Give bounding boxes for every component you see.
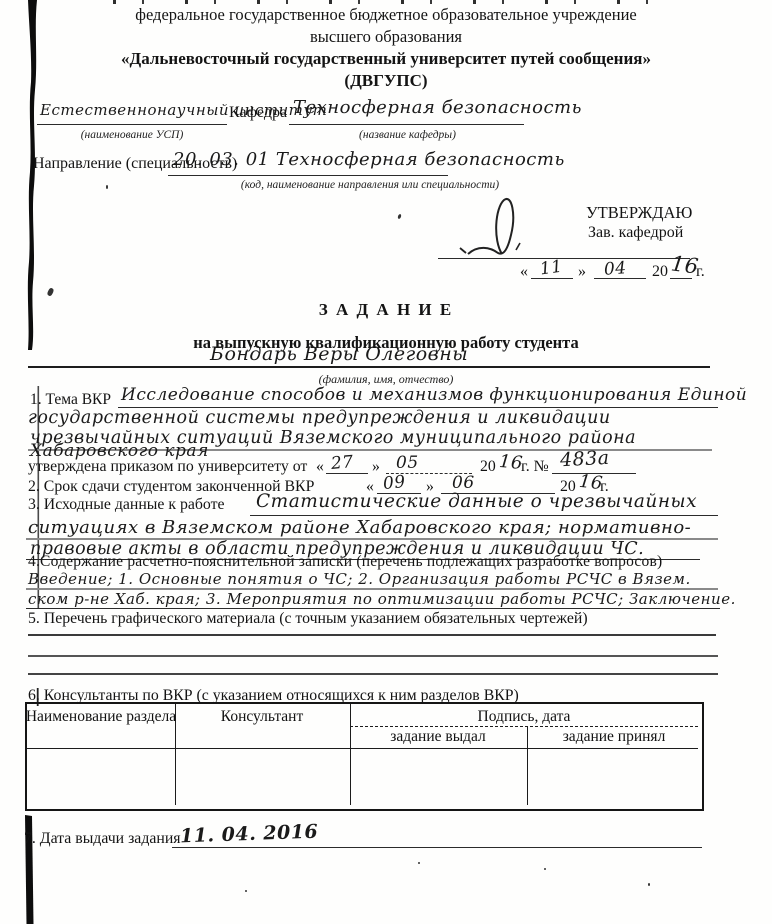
student-name-line: [28, 366, 710, 368]
s4-label: 4.Содержание расчетно-пояснительной запи…: [28, 553, 662, 571]
s1-line2: государственной системы предупреждения и…: [28, 408, 611, 428]
s1-day: 27: [330, 452, 354, 474]
dust-speck: [418, 862, 420, 864]
approve-label: УТВЕРЖДАЮ: [586, 203, 692, 223]
university-abbr: (ДВГУПС): [0, 71, 772, 91]
table-subheader-accepted: задание принял: [563, 728, 666, 746]
institute-underline: [37, 124, 227, 125]
scanned-assignment-form: федеральное государственное бюджетное об…: [0, 0, 772, 924]
s4-line2: ском р-не Хаб. края; 3. Мероприятия по о…: [28, 590, 736, 608]
table-col2-divider: [350, 704, 351, 805]
table-header-consultant: Консультант: [221, 708, 303, 726]
approval-sign-line: [438, 258, 690, 259]
table-subheader-line: [350, 726, 698, 727]
ink-speck: [47, 287, 55, 296]
department-value: Техносферная безопасность: [293, 97, 582, 118]
s3-line2: ситуациях в Вяземском районе Хабаровског…: [28, 517, 691, 538]
department-underline: [289, 124, 524, 125]
approval-quote-open: «: [520, 263, 528, 281]
s3-line1: Статистические данные о чрезвычайных: [256, 491, 697, 512]
specialty-underline: [168, 175, 448, 176]
dust-speck: [397, 214, 402, 220]
approval-quote-close: »: [578, 263, 586, 281]
approval-day: 11: [539, 257, 564, 280]
org-line2: высшего образования: [0, 27, 772, 47]
approval-month: 04: [603, 258, 627, 280]
s7-underline: [172, 847, 702, 848]
table-header-section: Наименование раздела: [26, 708, 176, 726]
s1-approved-prefix: утверждена приказом по университету от: [28, 458, 307, 476]
s5-blank-line3: [28, 673, 718, 675]
s7-date-value: 11. 04. 2016: [180, 821, 319, 848]
specialty-value: 20. 03. 01 Техносферная безопасность: [173, 149, 565, 170]
s3-label: 3. Исходные данные к работе: [28, 496, 225, 514]
table-header-bottom-line: [27, 748, 698, 749]
department-label: Кафедра: [229, 104, 287, 122]
s1-line1: Исследование способов и механизмов функц…: [121, 385, 747, 405]
dust-speck: [544, 868, 546, 870]
dust-speck: [245, 890, 247, 892]
s5-blank-line2: [28, 655, 718, 657]
s1-month: 05: [396, 453, 419, 473]
department-caption: (название кафедры): [320, 129, 495, 141]
university-name: «Дальневосточный государственный универс…: [0, 49, 772, 69]
s7-label: 7. Дата выдачи задания: [24, 830, 181, 848]
org-line1: федеральное государственное бюджетное об…: [0, 5, 772, 25]
s1-g-label: г. №: [521, 458, 549, 476]
table-subheader-issued: задание выдал: [390, 728, 485, 746]
s3-underline1: [250, 515, 718, 516]
s1-year-hand: 16: [498, 451, 524, 474]
s5-blank-line1: [28, 634, 716, 636]
approval-year-line: [670, 278, 692, 279]
table-sub-divider: [527, 726, 528, 805]
s1-day-line: [326, 473, 368, 474]
s5-label: 5. Перечень графического материала (с то…: [28, 610, 588, 628]
clipped-text-remnant: [95, 0, 675, 4]
assignment-title: З А Д А Н И Е: [0, 300, 772, 320]
table-header-signature: Подпись, дата: [478, 708, 571, 726]
approval-day-line: [531, 278, 573, 279]
s1-label: 1. Тема ВКР: [30, 391, 111, 409]
s1-quote-open: «: [316, 458, 324, 476]
student-name: Бондарь Веры Олеговны: [210, 343, 468, 365]
approval-month-line: [594, 278, 646, 279]
s4-line1: Введение; 1. Основные понятия о ЧС; 2. О…: [28, 570, 691, 588]
s1-order-number: 483а: [559, 447, 610, 472]
s1-year-print: 20: [480, 458, 496, 476]
head-of-dept-label: Зав. кафедрой: [588, 224, 683, 242]
dust-speck: [648, 883, 650, 886]
approval-year-unit: г.: [696, 263, 705, 281]
dust-speck: [106, 185, 108, 189]
approval-year-print: 20: [652, 263, 668, 281]
signature: [430, 190, 560, 268]
s2-month: 06: [452, 473, 475, 493]
s1-quote-close: »: [372, 458, 380, 476]
consultants-table: Наименование раздела Консультант Подпись…: [25, 702, 704, 811]
institute-caption: (наименование УСП): [52, 129, 212, 141]
s4-underline2: [26, 608, 720, 609]
